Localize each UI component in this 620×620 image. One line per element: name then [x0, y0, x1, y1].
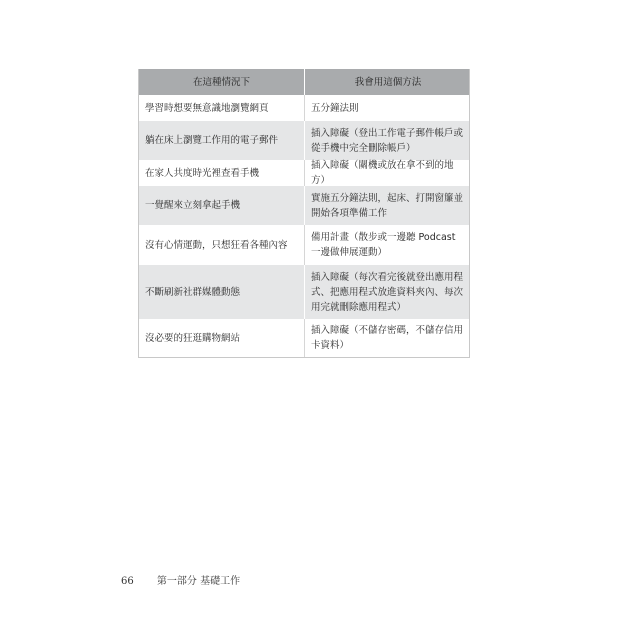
situation-cell: 沒必要的狂逛購物網站 — [139, 319, 305, 357]
situation-cell: 躺在床上瀏覽工作用的電子郵件 — [139, 121, 305, 160]
method-cell: 插入障礙（登出工作電子郵件帳戶或從手機中完全刪除帳戶） — [305, 121, 469, 160]
table-row: 一覺醒來立刻拿起手機 實施五分鐘法則，起床、打開窗簾並開始各項準備工作 — [139, 186, 469, 225]
table-row: 沒必要的狂逛購物網站 插入障礙（不儲存密碼，不儲存信用卡資料） — [139, 319, 469, 357]
method-cell: 備用計畫（散步或一邊聽 Podcast 一邊做伸展運動） — [305, 225, 469, 265]
table-row: 不斷刷新社群媒體動態 插入障礙（每次看完後就登出應用程式、把應用程式放進資料夾內… — [139, 265, 469, 319]
situation-cell: 學習時想要無意識地瀏覽網頁 — [139, 95, 305, 121]
header-situation: 在這種情況下 — [139, 69, 305, 95]
method-cell: 插入障礙（不儲存密碼，不儲存信用卡資料） — [305, 319, 469, 357]
situation-cell: 一覺醒來立刻拿起手機 — [139, 186, 305, 225]
table-row: 在家人共度時光裡查看手機 插入障礙（關機或放在拿不到的地方） — [139, 160, 469, 186]
situation-cell: 沒有心情運動，只想狂看各種內容 — [139, 225, 305, 265]
page-footer: 66 第一部分 基礎工作 — [121, 572, 240, 587]
table-row: 躺在床上瀏覽工作用的電子郵件 插入障礙（登出工作電子郵件帳戶或從手機中完全刪除帳… — [139, 121, 469, 160]
section-title: 第一部分 基礎工作 — [157, 576, 240, 587]
table-row: 沒有心情運動，只想狂看各種內容 備用計畫（散步或一邊聽 Podcast 一邊做伸… — [139, 225, 469, 265]
method-cell: 插入障礙（關機或放在拿不到的地方） — [305, 160, 469, 186]
table-header: 在這種情況下 我會用這個方法 — [139, 69, 469, 95]
method-cell: 插入障礙（每次看完後就登出應用程式、把應用程式放進資料夾內、每次用完就刪除應用程… — [305, 265, 469, 319]
situation-cell: 在家人共度時光裡查看手機 — [139, 160, 305, 186]
page-number: 66 — [121, 576, 134, 587]
method-cell: 五分鐘法則 — [305, 95, 469, 121]
method-cell: 實施五分鐘法則，起床、打開窗簾並開始各項準備工作 — [305, 186, 469, 225]
strategy-table: 在這種情況下 我會用這個方法 學習時想要無意識地瀏覽網頁 五分鐘法則 躺在床上瀏… — [138, 69, 470, 358]
header-method: 我會用這個方法 — [305, 69, 469, 95]
situation-cell: 不斷刷新社群媒體動態 — [139, 265, 305, 319]
table-row: 學習時想要無意識地瀏覽網頁 五分鐘法則 — [139, 95, 469, 121]
